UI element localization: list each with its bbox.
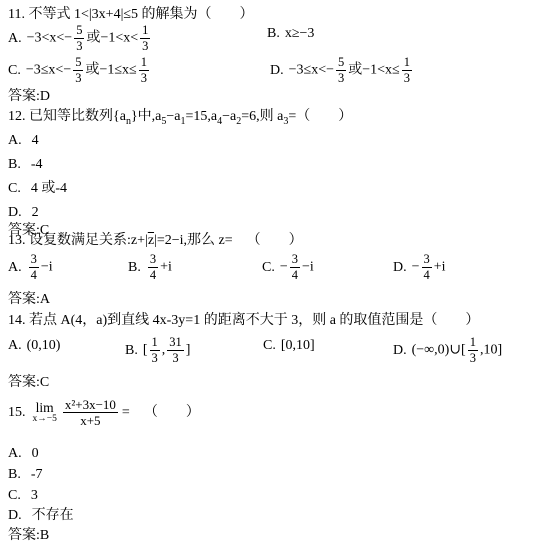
option-label: A.	[8, 31, 22, 46]
math-text: +i	[160, 260, 172, 275]
option-text: 3	[31, 488, 38, 503]
fraction-numerator: 3	[290, 253, 300, 268]
fraction-numerator: 5	[336, 56, 346, 71]
math-text: −i	[41, 260, 53, 275]
question-14-answer: 答案:C	[8, 373, 49, 392]
question-15-option-b: B.-7	[8, 465, 43, 484]
fraction-numerator: 1	[139, 56, 149, 71]
question-13-option-a: A.34−i	[8, 253, 53, 282]
fraction-numerator: 3	[422, 253, 432, 268]
fraction: 53	[73, 56, 83, 85]
question-12-option-d: D.2	[8, 203, 39, 222]
math-text: −	[412, 260, 420, 275]
stem-text: −a	[222, 109, 236, 124]
fraction-numerator: x²+3x−10	[63, 398, 118, 413]
stem-text: }中,a	[131, 109, 161, 124]
fraction-denominator: 3	[167, 351, 184, 365]
question-15-option-c: C.3	[8, 486, 38, 505]
fraction: x²+3x−10x+5	[63, 398, 118, 427]
question-11-option-a: A.−3<x<−53或−1<x<13	[8, 24, 152, 53]
fraction-denominator: 4	[29, 268, 39, 282]
question-11-option-c: C.−3≤x<−53或−1≤x≤13	[8, 56, 151, 85]
math-text: −3≤x<−	[289, 63, 334, 78]
math-text: (−∞,0)∪[	[412, 343, 466, 358]
option-text: -7	[31, 467, 43, 482]
fraction-denominator: 3	[73, 71, 83, 85]
math-text: ,	[162, 343, 166, 358]
question-11-answer: 答案:D	[8, 87, 50, 106]
limit-subscript: x→−5	[33, 414, 57, 424]
question-13-stem: 13. 设复数满足关系:z+|z|=2−i,那么 z=（ ）	[8, 231, 303, 250]
option-label: B.	[8, 157, 21, 172]
stem-text: =（ ）	[288, 109, 352, 124]
fraction: 13	[139, 56, 149, 85]
math-text: [0,10]	[281, 338, 315, 353]
math-text: (0,10)	[27, 338, 61, 353]
option-label: C.	[8, 63, 21, 78]
fraction: 34	[148, 253, 158, 282]
fraction: 13	[140, 24, 150, 53]
option-label: C.	[262, 260, 275, 275]
fraction-numerator: 1	[468, 336, 478, 351]
answer-blank-parentheses: （ ）	[144, 405, 200, 420]
option-label: C.	[8, 181, 21, 196]
option-label: B.	[8, 467, 21, 482]
question-12-option-a: A.4	[8, 131, 39, 150]
option-label: D.	[393, 343, 407, 358]
option-label: A.	[8, 338, 22, 353]
question-11-option-b: B.x≥−3	[267, 24, 314, 43]
math-text: [	[143, 343, 148, 358]
fraction: 34	[422, 253, 432, 282]
fraction-numerator: 1	[402, 56, 412, 71]
option-text: -4	[31, 157, 43, 172]
fraction: 34	[29, 253, 39, 282]
question-12-stem: 12. 已知等比数列{an}中,a5−a1=15,a4−a2=6,则 a3=（ …	[8, 107, 352, 126]
option-label: D.	[393, 260, 407, 275]
option-label: A.	[8, 260, 22, 275]
fraction: 53	[336, 56, 346, 85]
question-13-option-c: C.−34−i	[262, 253, 314, 282]
math-text: 或−1<x≤	[348, 63, 399, 78]
question-13-option-d: D.−34+i	[393, 253, 446, 282]
question-13-answer: 答案:A	[8, 290, 50, 309]
fraction: 313	[167, 336, 184, 365]
limit-operator: limx→−5	[33, 401, 57, 424]
option-label: D.	[270, 63, 284, 78]
fraction-numerator: 3	[148, 253, 158, 268]
fraction-denominator: 4	[290, 268, 300, 282]
fraction-denominator: x+5	[63, 413, 118, 427]
question-11-option-d: D.−3≤x<−53或−1<x≤13	[270, 56, 414, 85]
math-text: ,10]	[480, 343, 502, 358]
fraction-denominator: 3	[140, 39, 150, 53]
fraction-numerator: 3	[29, 253, 39, 268]
option-text: 0	[32, 446, 39, 461]
fraction: 13	[150, 336, 160, 365]
math-text: −i	[302, 260, 314, 275]
question-14-option-c: C.[0,10]	[263, 336, 315, 355]
option-text: 2	[32, 205, 39, 220]
math-text: x≥−3	[285, 26, 315, 41]
fraction-denominator: 3	[402, 71, 412, 85]
fraction: 13	[468, 336, 478, 365]
limit-word: lim	[33, 401, 57, 414]
option-label: C.	[263, 338, 276, 353]
option-label: A.	[8, 446, 22, 461]
stem-text: 13. 设复数满足关系:z+|	[8, 233, 148, 248]
question-13-option-b: B.34+i	[128, 253, 172, 282]
question-14-option-b: B.[13,313]	[125, 336, 190, 365]
fraction-denominator: 3	[150, 351, 160, 365]
option-label: B.	[125, 343, 138, 358]
fraction-denominator: 3	[139, 71, 149, 85]
option-label: D.	[8, 508, 22, 523]
fraction-denominator: 3	[74, 39, 84, 53]
stem-text: =6,则 a	[241, 109, 283, 124]
option-label: A.	[8, 133, 22, 148]
option-label: B.	[128, 260, 141, 275]
stem-text: =15,a	[185, 109, 217, 124]
option-label: C.	[8, 488, 21, 503]
question-15-stem: 15.limx→−5x²+3x−10x+5=（ ）	[8, 398, 200, 427]
stem-text: −a	[166, 109, 180, 124]
math-text: −3≤x<−	[26, 63, 71, 78]
stem-text: |=2−i,那么 z=	[154, 233, 233, 248]
math-text: ]	[186, 343, 191, 358]
stem-text: 12. 已知等比数列{a	[8, 109, 126, 124]
question-14-stem: 14. 若点 A(4，a)到直线 4x-3y=1 的距离不大于 3，则 a 的取…	[8, 311, 479, 330]
fraction: 53	[74, 24, 84, 53]
option-text: 不存在	[32, 508, 74, 523]
question-14-option-d: D.(−∞,0)∪[13,10]	[393, 336, 502, 365]
fraction-denominator: 4	[148, 268, 158, 282]
answer-blank-parentheses: （ ）	[247, 233, 303, 248]
question-11-stem: 11. 不等式 1<|3x+4|≤5 的解集为（ ）	[8, 5, 254, 24]
question-14-option-a: A.(0,10)	[8, 336, 60, 355]
math-text: −	[280, 260, 288, 275]
math-text: 或−1≤x≤	[85, 63, 136, 78]
fraction-denominator: 4	[422, 268, 432, 282]
question-12-option-b: B.-4	[8, 155, 43, 174]
equals-sign: =	[122, 405, 130, 420]
fraction-numerator: 31	[167, 336, 184, 351]
option-text: 4 或-4	[31, 181, 67, 196]
question-12-option-c: C.4 或-4	[8, 179, 67, 198]
fraction: 13	[402, 56, 412, 85]
fraction-numerator: 1	[140, 24, 150, 39]
question-15-answer: 答案:B	[8, 526, 49, 543]
question-number: 15.	[8, 405, 26, 420]
math-text: −3<x<−	[27, 31, 73, 46]
math-text: 或−1<x<	[86, 31, 138, 46]
fraction-denominator: 3	[336, 71, 346, 85]
question-15-option-d: D.不存在	[8, 506, 74, 525]
option-label: D.	[8, 205, 22, 220]
fraction-denominator: 3	[468, 351, 478, 365]
math-text: +i	[434, 260, 446, 275]
option-text: 4	[32, 133, 39, 148]
question-15-option-a: A.0	[8, 444, 39, 463]
fraction-numerator: 5	[73, 56, 83, 71]
fraction-numerator: 5	[74, 24, 84, 39]
fraction: 34	[290, 253, 300, 282]
option-label: B.	[267, 26, 280, 41]
exam-page: 11. 不等式 1<|3x+4|≤5 的解集为（ ） A.−3<x<−53或−1…	[0, 0, 545, 543]
fraction-numerator: 1	[150, 336, 160, 351]
